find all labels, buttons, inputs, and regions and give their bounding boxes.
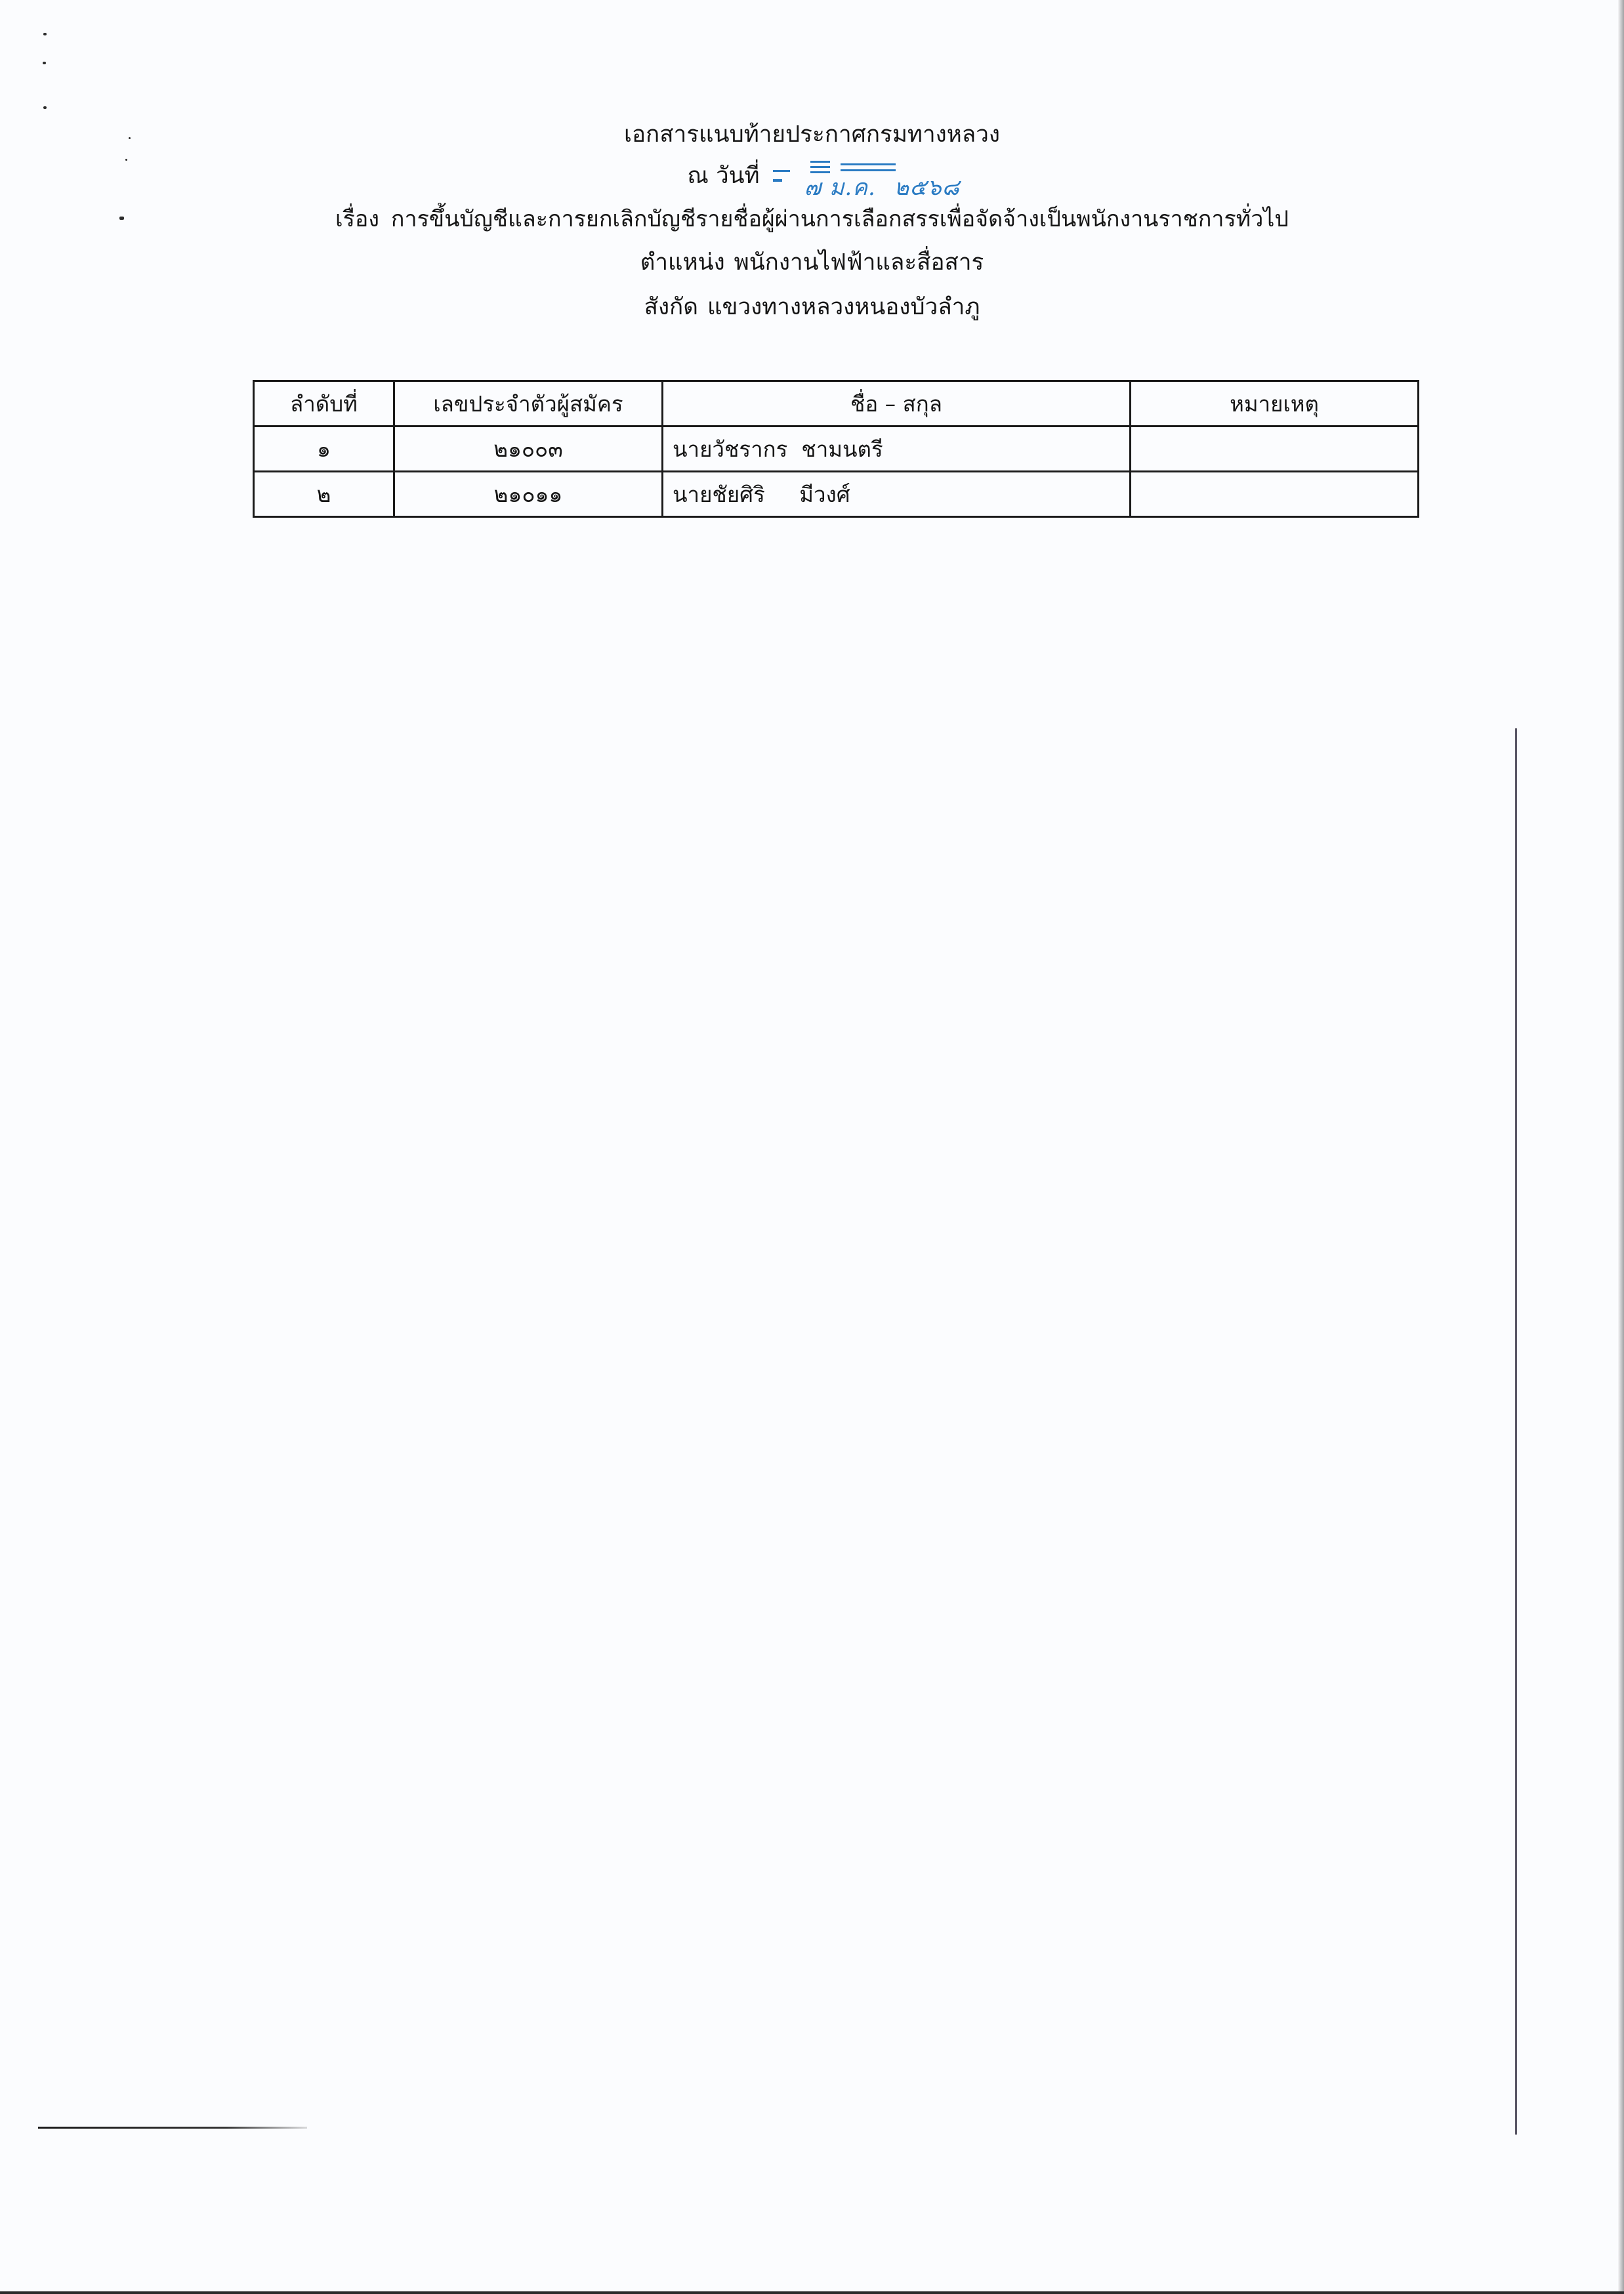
last-name: ชามนตรี: [801, 436, 883, 462]
affiliation-line: สังกัดแขวงทางหลวงหนองบัวลำภู: [0, 291, 1624, 323]
header-remark: หมายเหตุ: [1131, 381, 1419, 427]
scan-horizontal-line: [38, 2127, 307, 2129]
scan-bottom-edge: [0, 2291, 1624, 2294]
affiliation-label: สังกัด: [644, 294, 698, 320]
date-line: ณ วันที่ ๗ ม.ค.๒๕๖๘: [0, 159, 1624, 192]
cell-applicant-id: ๒๑๐๑๑: [394, 472, 663, 517]
scan-speck: [129, 137, 131, 139]
position-line: ตำแหน่งพนักงานไฟฟ้าและสื่อสาร: [0, 246, 1624, 279]
scan-speck: [43, 62, 46, 64]
cell-full-name: นายชัยศิริ มีวงศ์: [663, 472, 1131, 517]
affiliation-text: แขวงทางหลวงหนองบัวลำภู: [707, 294, 980, 320]
last-name: มีวงศ์: [799, 482, 850, 507]
subject-text: การขึ้นบัญชีและการยกเลิกบัญชีรายชื่อผู้ผ…: [391, 206, 1289, 232]
table-row: ๑ ๒๑๐๐๓ นายวัชรากร ชามนตรี: [254, 427, 1419, 472]
cell-applicant-id: ๒๑๐๐๓: [394, 427, 663, 472]
cell-remark: [1131, 472, 1419, 517]
subject-line: เรื่องการขึ้นบัญชีและการยกเลิกบัญชีรายชื…: [0, 203, 1624, 236]
position-text: พนักงานไฟฟ้าและสื่อสาร: [734, 249, 984, 276]
scan-speck: [119, 217, 124, 220]
scan-speck: [125, 159, 127, 161]
position-label: ตำแหน่ง: [640, 249, 725, 276]
stamp-day: ๗: [804, 175, 822, 201]
table-row: ๒ ๒๑๐๑๑ นายชัยศิริ มีวงศ์: [254, 472, 1419, 517]
header-full-name: ชื่อ – สกุล: [663, 381, 1131, 427]
subject-label: เรื่อง: [335, 206, 379, 232]
table-header-row: ลำดับที่ เลขประจำตัวผู้สมัคร ชื่อ – สกุล…: [254, 381, 1419, 427]
header-applicant-id: เลขประจำตัวผู้สมัคร: [394, 381, 663, 427]
applicant-table: ลำดับที่ เลขประจำตัวผู้สมัคร ชื่อ – สกุล…: [253, 380, 1419, 518]
document-page: เอกสารแนบท้ายประกาศกรมทางหลวง ณ วันที่ ๗…: [0, 0, 1624, 2294]
stamp-month: ม.ค.: [829, 175, 876, 201]
cell-full-name: นายวัชรากร ชามนตรี: [663, 427, 1131, 472]
cell-order: ๑: [254, 427, 394, 472]
header-order: ลำดับที่: [254, 381, 394, 427]
scan-right-edge: [1618, 0, 1624, 2294]
cell-order: ๒: [254, 472, 394, 517]
cell-remark: [1131, 427, 1419, 472]
stamp-year: ๒๕๖๘: [894, 175, 960, 201]
first-name: นายชัยศิริ: [673, 482, 765, 507]
scan-speck: [43, 106, 47, 109]
first-name: นายวัชรากร: [673, 436, 787, 462]
date-label: ณ วันที่: [687, 163, 759, 189]
scan-speck: [43, 33, 47, 35]
document-title: เอกสารแนบท้ายประกาศกรมทางหลวง: [0, 118, 1624, 151]
scan-vertical-line: [1515, 728, 1517, 2135]
